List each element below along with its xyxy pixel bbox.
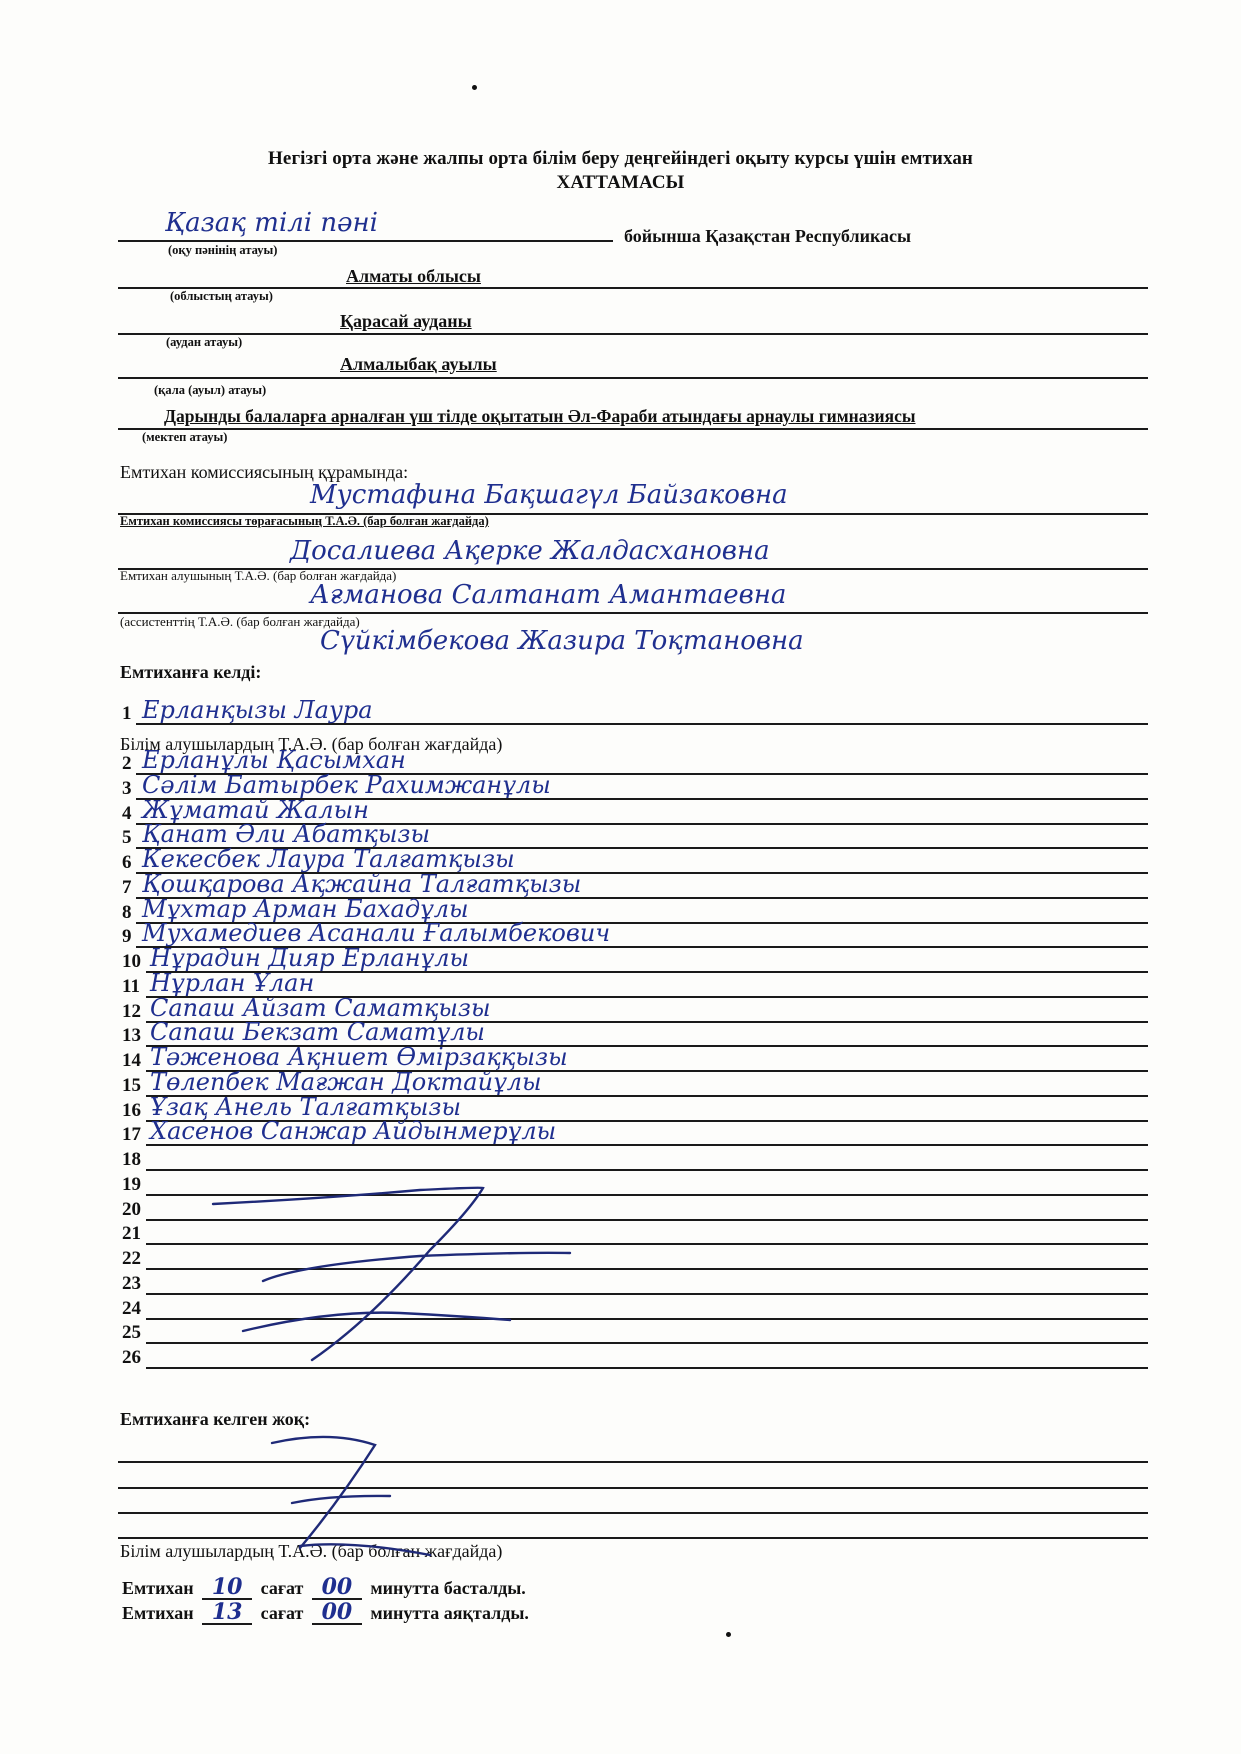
exam-protocol-page: Негізгі орта және жалпы орта білім беру … [0, 0, 1241, 1754]
strike-through-scribble [0, 0, 1241, 1754]
